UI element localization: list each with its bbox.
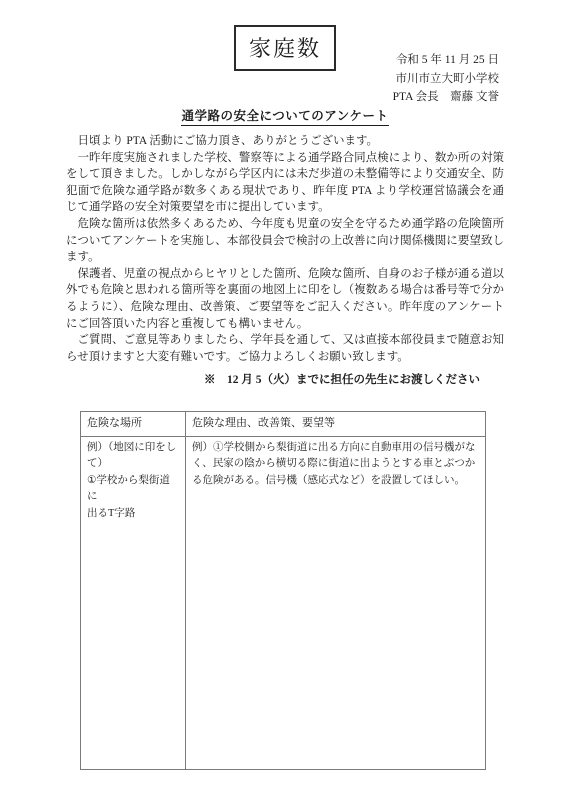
hazard-table-example-row: 例）（地図に印をして） ①学校から梨街道に 出るT字路 例）①学校側から梨街道に… [81, 436, 486, 769]
paragraph-background: 一昨年度実施されました学校、警察等による通学路合同点検により、数か所の対策をして… [66, 150, 504, 216]
header-reason-improvement: 危険な理由、改善策、要望等 [186, 411, 486, 436]
paragraph-greeting: 日頃より PTA 活動にご協力頂き、ありがとうございます。 [66, 133, 504, 150]
document-title: 通学路の安全についてのアンケート [66, 104, 504, 124]
header-dangerous-place: 危険な場所 [81, 411, 186, 436]
issue-date: 令和 5 年 11 月 25 日 [393, 51, 499, 70]
household-count-box: 家庭数 [234, 25, 336, 71]
deadline-note: ※ 12 月 5（火）までに担任の先生にお渡しください [66, 372, 504, 389]
sender-block: 令和 5 年 11 月 25 日 市川市立大町小学校 PTA 会長 齋藤 文誉 [393, 51, 499, 107]
document-title-text: 通学路の安全についてのアンケート [181, 109, 388, 126]
hazard-table: 危険な場所 危険な理由、改善策、要望等 例）（地図に印をして） ①学校から梨街道… [80, 411, 486, 770]
example-place-cell: 例）（地図に印をして） ①学校から梨街道に 出るT字路 [81, 436, 186, 769]
example-reason-cell: 例）①学校側から梨街道に出る方向に自動車用の信号機がなく、民家の陰から横切る際に… [186, 436, 486, 769]
paragraph-instructions: 保護者、児童の視点からヒヤリとした箇所、危険な箇所、自身のお子様が通る道以外でも… [66, 266, 504, 332]
paragraph-purpose: 危険な箇所は依然多くあるため、今年度も児童の安全を守るため通学路の危険箇所につい… [66, 216, 504, 266]
school-name: 市川市立大町小学校 [393, 70, 499, 89]
body-text: 日頃より PTA 活動にご協力頂き、ありがとうございます。 一昨年度実施されまし… [66, 133, 504, 365]
document-page: 家庭数 令和 5 年 11 月 25 日 市川市立大町小学校 PTA 会長 齋藤… [0, 0, 566, 800]
document-header: 家庭数 令和 5 年 11 月 25 日 市川市立大町小学校 PTA 会長 齋藤… [66, 0, 504, 104]
pta-chairman: PTA 会長 齋藤 文誉 [393, 88, 499, 107]
paragraph-contact: ご質問、ご意見等ありましたら、学年長を通して、又は直接本部役員まで随意お知らせ頂… [66, 332, 504, 365]
hazard-table-header-row: 危険な場所 危険な理由、改善策、要望等 [81, 411, 486, 436]
